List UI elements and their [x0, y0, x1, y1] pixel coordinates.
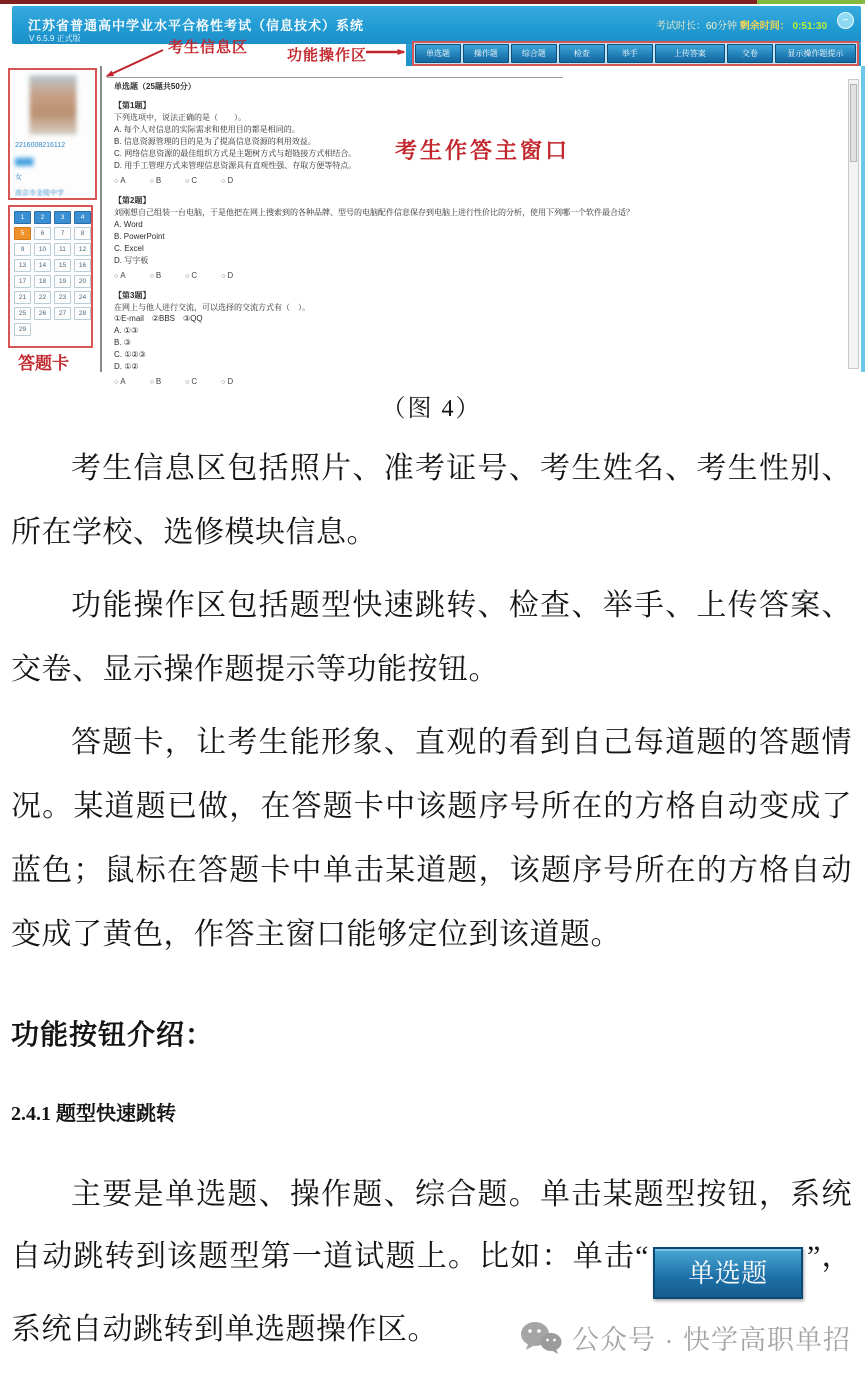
answer-card-cell-8[interactable]: 8: [74, 227, 91, 240]
candidate-photo: [29, 75, 77, 135]
scrollbar[interactable]: [848, 79, 859, 369]
remaining-time: 0:51:30: [793, 21, 827, 32]
answer-card-cell-7[interactable]: 7: [54, 227, 71, 240]
radio-option-A[interactable]: ○A: [114, 176, 126, 185]
exam-number: 2216008216112: [15, 140, 95, 151]
exam-timer: 考试时长：60分钟 剩余时间： 0:51:30: [656, 17, 827, 32]
scrollbar-thumb[interactable]: [850, 84, 857, 162]
radio-circle-icon: ○: [221, 273, 225, 280]
answer-card-cell-13[interactable]: 13: [14, 259, 31, 272]
toolbar-button-操作题[interactable]: 操作题: [463, 44, 509, 63]
answer-card-cell-23[interactable]: 23: [54, 291, 71, 304]
question-choices-line: ①E-mail ②BBS ③QQ: [114, 314, 829, 324]
exam-system-title: 江苏省普通高中学业水平合格性考试（信息技术）系统: [28, 15, 364, 34]
version-label: V 6.5.9 正式版: [29, 33, 81, 44]
answer-card-cell-10[interactable]: 10: [34, 243, 51, 256]
question-text: 下列选项中，说法正确的是（ ）。: [114, 113, 829, 123]
figure-caption: （图 4）: [11, 388, 852, 423]
watermark: 公众号 · 快学高职单招: [520, 1318, 851, 1357]
question-option: A. Word: [114, 220, 829, 230]
radio-circle-icon: ○: [150, 178, 154, 185]
toolbar-button-单选题[interactable]: 单选题: [415, 44, 461, 63]
answer-card-grid: 1234567891011121314151617181920212223242…: [14, 211, 91, 336]
toolbar-button-显示操作题提示[interactable]: 显示操作题提示: [775, 44, 856, 63]
candidate-school: 南京市金陵中学: [15, 188, 95, 199]
question-block: 【第2题】刘刚想自己组装一台电脑，于是他把在网上搜索到的各种品牌、型号的电脑配件…: [114, 196, 829, 282]
answer-card-cell-14[interactable]: 14: [34, 259, 51, 272]
document-body: （图 4） 考生信息区包括照片、准考证号、考生姓名、考生性别、所在学校、选修模块…: [0, 372, 865, 1361]
answer-card-cell-27[interactable]: 27: [54, 307, 71, 320]
watermark-text: 公众号 · 快学高职单招: [572, 1318, 851, 1357]
question-option: B. ③: [114, 338, 829, 348]
wechat-icon: [520, 1321, 562, 1355]
answer-card-cell-26[interactable]: 26: [34, 307, 51, 320]
radio-option-D[interactable]: ○D: [221, 176, 233, 185]
question-label: 【第1题】: [114, 101, 829, 111]
section-header: 单选题（25题共50分）: [114, 82, 829, 92]
candidate-gender: 女: [15, 172, 95, 183]
top-green-strip: [757, 0, 865, 4]
annotation-main-window: 考生作答主窗口: [395, 134, 570, 165]
answer-card-cell-28[interactable]: 28: [74, 307, 91, 320]
answer-card-panel: 1234567891011121314151617181920212223242…: [8, 205, 93, 348]
minimize-icon[interactable]: −: [837, 12, 854, 29]
radio-circle-icon: ○: [221, 178, 225, 185]
answer-card-cell-11[interactable]: 11: [54, 243, 71, 256]
annotation-function-area: 功能操作区: [287, 44, 367, 65]
question-option: B. PowerPoint: [114, 232, 829, 242]
answer-card-cell-9[interactable]: 9: [14, 243, 31, 256]
answer-card-cell-18[interactable]: 18: [34, 275, 51, 288]
question-main-window: 单选题（25题共50分） 【第1题】下列选项中，说法正确的是（ ）。A. 每个人…: [100, 66, 865, 372]
paragraph-info-area: 考生信息区包括照片、准考证号、考生姓名、考生性别、所在学校、选修模块信息。: [11, 437, 852, 565]
toolbar-button-举手[interactable]: 举手: [607, 44, 653, 63]
radio-label: D: [227, 271, 233, 280]
duration-label: 考试时长：60分钟: [656, 21, 737, 32]
answer-card-cell-29[interactable]: 29: [14, 323, 31, 336]
answer-card-cell-5[interactable]: 5: [14, 227, 31, 240]
answer-card-cell-25[interactable]: 25: [14, 307, 31, 320]
question-label: 【第3题】: [114, 291, 829, 301]
toolbar-button-综合题[interactable]: 综合题: [511, 44, 557, 63]
radio-label: A: [120, 271, 125, 280]
answer-card-cell-22[interactable]: 22: [34, 291, 51, 304]
sub-heading: 2.4.1 题型快速跳转: [11, 1097, 852, 1126]
answer-card-cell-15[interactable]: 15: [54, 259, 71, 272]
question-text: 在网上与他人进行交流，可以选择的交流方式有（ ）。: [114, 303, 829, 313]
radio-label: C: [191, 271, 197, 280]
answer-card-cell-4[interactable]: 4: [74, 211, 91, 224]
toolbar-button-检查[interactable]: 检查: [559, 44, 605, 63]
answer-card-cell-17[interactable]: 17: [14, 275, 31, 288]
question-option: C. Excel: [114, 244, 829, 254]
remaining-label: 剩余时间：: [740, 21, 790, 32]
annotation-info-area: 考生信息区: [168, 36, 248, 57]
answer-card-cell-16[interactable]: 16: [74, 259, 91, 272]
radio-label: A: [120, 176, 125, 185]
radio-row: ○A○B○C○D: [114, 271, 829, 282]
question-option: D. 写字板: [114, 256, 829, 266]
question-option: D. ①②: [114, 362, 829, 372]
candidate-info-panel: 2216008216112 ▇▇▇ 女 南京市金陵中学 Python: [8, 68, 97, 200]
radio-option-B[interactable]: ○B: [150, 271, 162, 280]
exam-system-screenshot: 江苏省普通高中学业水平合格性考试（信息技术）系统 V 6.5.9 正式版 考试时…: [0, 0, 865, 372]
radio-circle-icon: ○: [150, 273, 154, 280]
radio-label: C: [191, 176, 197, 185]
radio-label: B: [156, 271, 161, 280]
radio-label: B: [156, 176, 161, 185]
radio-option-D[interactable]: ○D: [221, 271, 233, 280]
question-option: A. ①③: [114, 326, 829, 336]
radio-label: D: [227, 176, 233, 185]
answer-card-cell-6[interactable]: 6: [34, 227, 51, 240]
separator-line: [107, 77, 563, 78]
radio-circle-icon: ○: [114, 273, 118, 280]
toolbar-button-上传答案[interactable]: 上传答案: [655, 44, 725, 63]
toolbar-button-交卷[interactable]: 交卷: [727, 44, 773, 63]
paragraph-answer-card: 答题卡，让考生能形象、直观的看到自己每道题的答题情况。某道题已做，在答题卡中该题…: [11, 711, 852, 967]
exam-header-bar: 江苏省普通高中学业水平合格性考试（信息技术）系统 V 6.5.9 正式版 考试时…: [12, 6, 861, 44]
answer-card-cell-20[interactable]: 20: [74, 275, 91, 288]
question-option: C. ①②③: [114, 350, 829, 360]
answer-card-cell-24[interactable]: 24: [74, 291, 91, 304]
answer-card-cell-21[interactable]: 21: [14, 291, 31, 304]
answer-card-cell-19[interactable]: 19: [54, 275, 71, 288]
answer-card-cell-2[interactable]: 2: [34, 211, 51, 224]
question-list: 单选题（25题共50分） 【第1题】下列选项中，说法正确的是（ ）。A. 每个人…: [114, 82, 829, 390]
toolbar-buttons: 单选题操作题综合题检查举手上传答案交卷显示操作题提示: [412, 41, 859, 66]
question-label: 【第2题】: [114, 196, 829, 206]
single-choice-button-image: 单选题: [653, 1247, 803, 1299]
question-text: 刘刚想自己组装一台电脑，于是他把在网上搜索到的各种品牌、型号的电脑配件信息保存到…: [114, 208, 829, 218]
answer-card-cell-1[interactable]: 1: [14, 211, 31, 224]
radio-option-C[interactable]: ○C: [185, 176, 197, 185]
section-heading: 功能按钮介绍：: [11, 1013, 852, 1053]
radio-circle-icon: ○: [185, 273, 189, 280]
radio-circle-icon: ○: [185, 178, 189, 185]
radio-option-A[interactable]: ○A: [114, 271, 126, 280]
answer-card-cell-3[interactable]: 3: [54, 211, 71, 224]
radio-option-B[interactable]: ○B: [150, 176, 162, 185]
radio-row: ○A○B○C○D: [114, 176, 829, 187]
answer-card-label: 答题卡: [18, 349, 69, 374]
radio-circle-icon: ○: [114, 178, 118, 185]
page: 江苏省普通高中学业水平合格性考试（信息技术）系统 V 6.5.9 正式版 考试时…: [0, 0, 865, 1376]
radio-option-C[interactable]: ○C: [185, 271, 197, 280]
top-maroon-strip: [0, 0, 757, 4]
candidate-name-blurred: ▇▇▇: [15, 156, 95, 167]
paragraph-function-area: 功能操作区包括题型快速跳转、检查、举手、上传答案、交卷、显示操作题提示等功能按钮…: [11, 574, 852, 702]
answer-card-cell-12[interactable]: 12: [74, 243, 91, 256]
